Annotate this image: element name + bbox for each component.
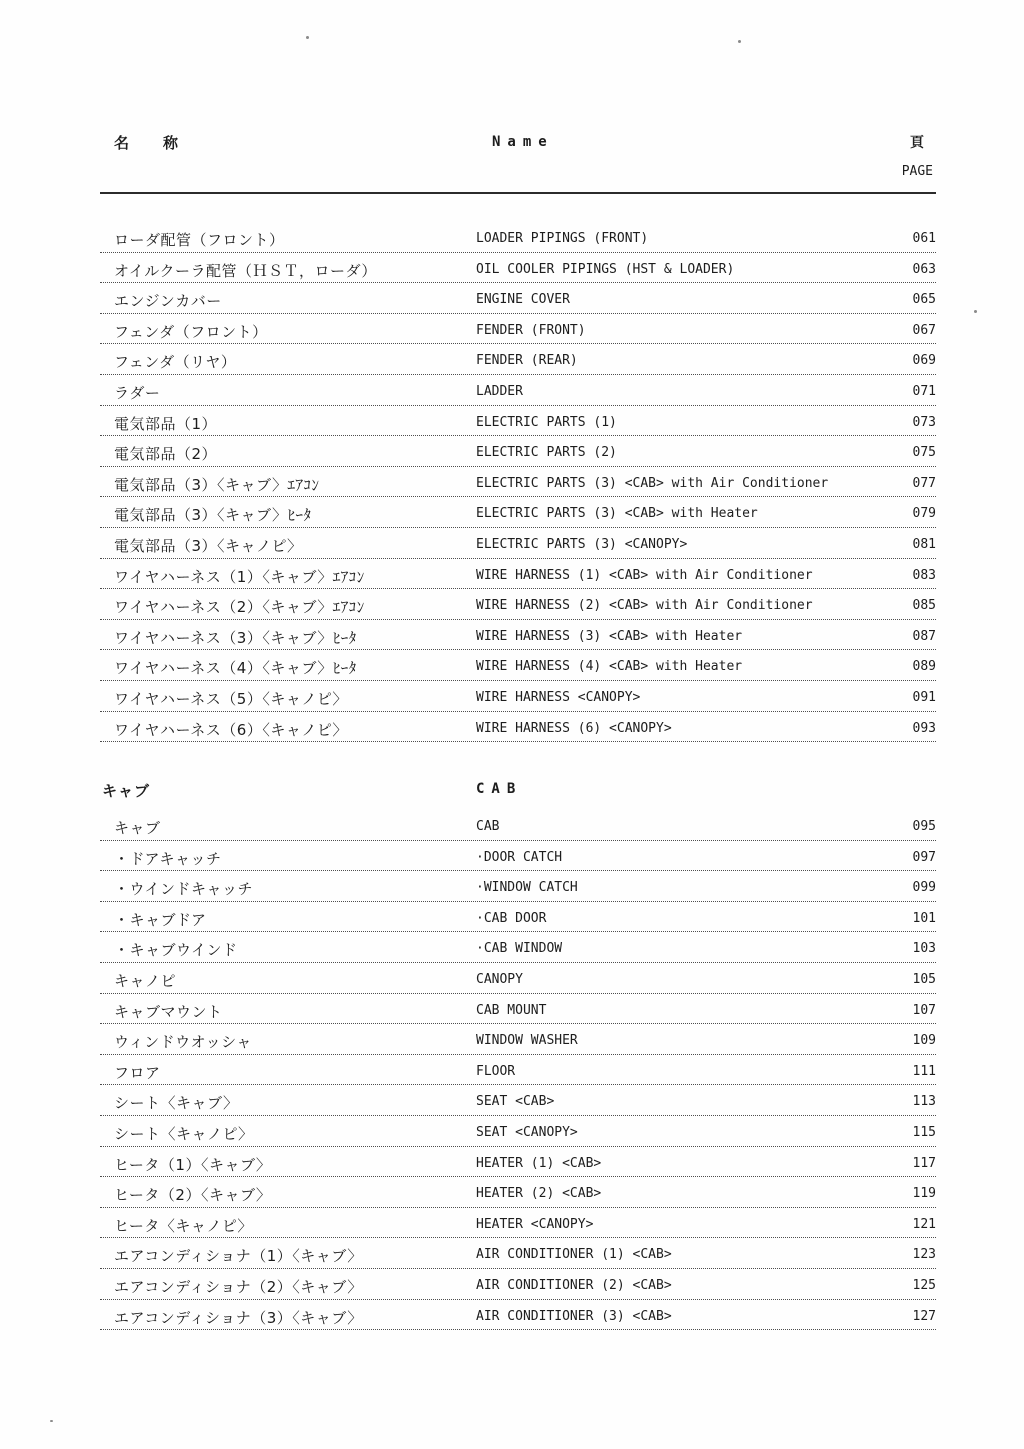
cell-name-jp: エアコンディショナ（3）〈キャブ〉 <box>100 1307 476 1328</box>
cell-name-en: ELECTRIC PARTS (1) <box>476 413 880 430</box>
cell-name-en: WIRE HARNESS (2) <CAB> with Air Conditio… <box>476 596 880 613</box>
cell-name-jp: エンジンカバー <box>100 290 476 311</box>
cell-page-number: 099 <box>880 878 936 895</box>
scan-artifact <box>50 1420 53 1422</box>
cell-name-jp: フェンダ（フロント） <box>100 321 476 342</box>
cell-page-number: 081 <box>880 535 936 552</box>
toc-row: ワイヤハーネス（1）〈キャブ〉ｴｱｺﾝWIRE HARNESS (1) <CAB… <box>100 559 936 590</box>
cell-name-jp: 電気部品（3）〈キャノピ〉 <box>100 535 476 556</box>
cell-page-number: 117 <box>880 1154 936 1171</box>
cell-page-number: 073 <box>880 413 936 430</box>
cell-name-jp: ワイヤハーネス（6）〈キャノピ〉 <box>100 719 476 740</box>
cell-name-en: AIR CONDITIONER (2) <CAB> <box>476 1276 880 1293</box>
toc-row: エアコンディショナ（2）〈キャブ〉AIR CONDITIONER (2) <CA… <box>100 1269 936 1300</box>
cell-name-jp: ヒータ〈キャノピ〉 <box>100 1215 476 1236</box>
cell-name-jp: シート〈キャノピ〉 <box>100 1123 476 1144</box>
cell-page-number: 095 <box>880 817 936 834</box>
column-header-page-en: PAGE <box>902 164 933 179</box>
cell-page-number: 109 <box>880 1031 936 1048</box>
cell-page-number: 065 <box>880 290 936 307</box>
toc-table: ローダ配管（フロント）LOADER PIPINGS (FRONT)061オイルク… <box>100 222 936 1330</box>
toc-row: ・ウインドキャッチ·WINDOW CATCH099 <box>100 871 936 902</box>
cell-name-en: ELECTRIC PARTS (3) <CAB> with Air Condit… <box>476 474 880 491</box>
toc-row: 電気部品（1）ELECTRIC PARTS (1)073 <box>100 406 936 437</box>
toc-row: ワイヤハーネス（4）〈キャブ〉ﾋｰﾀWIRE HARNESS (4) <CAB>… <box>100 650 936 681</box>
cell-name-en: LADDER <box>476 382 880 399</box>
toc-row: ウィンドウオッシャWINDOW WASHER109 <box>100 1024 936 1055</box>
cell-name-jp: 電気部品（2） <box>100 443 476 464</box>
cell-page-number: 089 <box>880 657 936 674</box>
toc-row: キャノピCANOPY105 <box>100 963 936 994</box>
cell-name-en: SEAT <CAB> <box>476 1092 880 1109</box>
toc-row: ワイヤハーネス（3）〈キャブ〉ﾋｰﾀWIRE HARNESS (3) <CAB>… <box>100 620 936 651</box>
cell-page-number: 111 <box>880 1062 936 1079</box>
cell-page-number: 083 <box>880 566 936 583</box>
cell-page-number: 061 <box>880 229 936 246</box>
cell-name-jp: キャブマウント <box>100 1001 476 1022</box>
cell-page-number: 097 <box>880 848 936 865</box>
cell-name-en: WIRE HARNESS <CANOPY> <box>476 688 880 705</box>
toc-row: シート〈キャブ〉SEAT <CAB>113 <box>100 1085 936 1116</box>
cell-page-number: 113 <box>880 1092 936 1109</box>
toc-row: 電気部品（3）〈キャブ〉ｴｱｺﾝELECTRIC PARTS (3) <CAB>… <box>100 467 936 498</box>
cell-name-jp: ワイヤハーネス（3）〈キャブ〉ﾋｰﾀ <box>100 627 476 648</box>
cell-name-jp: ・キャブウインド <box>100 939 476 960</box>
toc-row: フロアFLOOR111 <box>100 1055 936 1086</box>
section-title-jp: キャブ <box>100 780 476 801</box>
cell-name-jp: ・ドアキャッチ <box>100 848 476 869</box>
cell-name-jp: エアコンディショナ（1）〈キャブ〉 <box>100 1245 476 1266</box>
cell-name-en: AIR CONDITIONER (1) <CAB> <box>476 1245 880 1262</box>
cell-page-number: 067 <box>880 321 936 338</box>
cell-name-en: HEATER (1) <CAB> <box>476 1154 880 1171</box>
cell-name-en: ELECTRIC PARTS (3) <CANOPY> <box>476 535 880 552</box>
toc-row: ・キャブウインド·CAB WINDOW103 <box>100 932 936 963</box>
cell-page-number: 075 <box>880 443 936 460</box>
column-header-page-jp: 頁 <box>910 132 924 152</box>
toc-row: ラダーLADDER071 <box>100 375 936 406</box>
column-header-name-en: Name <box>492 134 554 150</box>
scan-artifact <box>306 36 309 39</box>
cell-name-jp: ワイヤハーネス（5）〈キャノピ〉 <box>100 688 476 709</box>
cell-name-en: OIL COOLER PIPINGS (HST & LOADER) <box>476 260 880 277</box>
cell-page-number: 093 <box>880 719 936 736</box>
cell-page-number: 125 <box>880 1276 936 1293</box>
cell-name-jp: ワイヤハーネス（1）〈キャブ〉ｴｱｺﾝ <box>100 566 476 587</box>
cell-name-en: WIRE HARNESS (4) <CAB> with Heater <box>476 657 880 674</box>
cell-page-number: 101 <box>880 909 936 926</box>
cell-page-number: 085 <box>880 596 936 613</box>
cell-name-en: WIRE HARNESS (6) <CANOPY> <box>476 719 880 736</box>
cell-name-jp: ヒータ（2）〈キャブ〉 <box>100 1184 476 1205</box>
cell-name-en: ·CAB DOOR <box>476 909 880 926</box>
cell-name-en: ELECTRIC PARTS (2) <box>476 443 880 460</box>
toc-row: ヒータ（1）〈キャブ〉HEATER (1) <CAB>117 <box>100 1147 936 1178</box>
toc-row: オイルクーラ配管（ＨＳＴ，ローダ）OIL COOLER PIPINGS (HST… <box>100 253 936 284</box>
cell-name-en: CAB MOUNT <box>476 1001 880 1018</box>
toc-row: 電気部品（3）〈キャブ〉ﾋｰﾀELECTRIC PARTS (3) <CAB> … <box>100 497 936 528</box>
toc-row: ワイヤハーネス（2）〈キャブ〉ｴｱｺﾝWIRE HARNESS (2) <CAB… <box>100 589 936 620</box>
toc-row: ・キャブドア·CAB DOOR101 <box>100 902 936 933</box>
cell-page-number: 071 <box>880 382 936 399</box>
cell-page-number: 121 <box>880 1215 936 1232</box>
cell-page-number: 069 <box>880 351 936 368</box>
cell-page-number: 105 <box>880 970 936 987</box>
cell-page-number: 091 <box>880 688 936 705</box>
cell-name-en: FLOOR <box>476 1062 880 1079</box>
cell-name-jp: 電気部品（3）〈キャブ〉ｴｱｺﾝ <box>100 474 476 495</box>
cell-name-jp: ・ウインドキャッチ <box>100 878 476 899</box>
cell-page-number: 077 <box>880 474 936 491</box>
toc-row: ヒータ〈キャノピ〉HEATER <CANOPY>121 <box>100 1208 936 1239</box>
toc-row: エンジンカバーENGINE COVER065 <box>100 283 936 314</box>
cell-name-en: LOADER PIPINGS (FRONT) <box>476 229 880 246</box>
cell-name-en: HEATER <CANOPY> <box>476 1215 880 1232</box>
toc-row: ワイヤハーネス（5）〈キャノピ〉WIRE HARNESS <CANOPY>091 <box>100 681 936 712</box>
toc-section: ローダ配管（フロント）LOADER PIPINGS (FRONT)061オイルク… <box>100 222 936 742</box>
toc-column-header: 名称 Name 頁 PAGE <box>100 126 936 194</box>
toc-row: エアコンディショナ（1）〈キャブ〉AIR CONDITIONER (1) <CA… <box>100 1238 936 1269</box>
cell-name-jp: フロア <box>100 1062 476 1083</box>
cell-page-number: 115 <box>880 1123 936 1140</box>
cell-name-en: ENGINE COVER <box>476 290 880 307</box>
cell-name-jp: フェンダ（リヤ） <box>100 351 476 372</box>
cell-name-en: FENDER (FRONT) <box>476 321 880 338</box>
cell-name-jp: ラダー <box>100 382 476 403</box>
toc-row: キャブCAB095 <box>100 810 936 841</box>
cell-name-en: ·DOOR CATCH <box>476 848 880 865</box>
cell-name-jp: オイルクーラ配管（ＨＳＴ，ローダ） <box>100 260 476 281</box>
toc-sheet: 名称 Name 頁 PAGE ローダ配管（フロント）LOADER PIPINGS… <box>100 126 936 1330</box>
cell-name-en: ·WINDOW CATCH <box>476 878 880 895</box>
scan-artifact <box>974 310 977 313</box>
toc-row: エアコンディショナ（3）〈キャブ〉AIR CONDITIONER (3) <CA… <box>100 1300 936 1331</box>
cell-name-jp: キャブ <box>100 817 476 838</box>
cell-name-en: AIR CONDITIONER (3) <CAB> <box>476 1307 880 1324</box>
cell-page-number: 127 <box>880 1307 936 1324</box>
cell-name-jp: シート〈キャブ〉 <box>100 1092 476 1113</box>
section-header: キャブCAB <box>100 776 936 810</box>
scanned-document-page: 名称 Name 頁 PAGE ローダ配管（フロント）LOADER PIPINGS… <box>0 0 1024 1449</box>
cell-name-jp: ヒータ（1）〈キャブ〉 <box>100 1154 476 1175</box>
cell-name-en: WINDOW WASHER <box>476 1031 880 1048</box>
cell-name-jp: 電気部品（1） <box>100 413 476 434</box>
cell-name-en: SEAT <CANOPY> <box>476 1123 880 1140</box>
cell-page-number: 087 <box>880 627 936 644</box>
toc-section: キャブCABキャブCAB095・ドアキャッチ·DOOR CATCH097・ウイン… <box>100 776 936 1330</box>
toc-row: ヒータ（2）〈キャブ〉HEATER (2) <CAB>119 <box>100 1177 936 1208</box>
cell-page-number: 063 <box>880 260 936 277</box>
cell-page-number: 119 <box>880 1184 936 1201</box>
toc-row: シート〈キャノピ〉SEAT <CANOPY>115 <box>100 1116 936 1147</box>
toc-row: 電気部品（2）ELECTRIC PARTS (2)075 <box>100 436 936 467</box>
cell-name-en: ELECTRIC PARTS (3) <CAB> with Heater <box>476 504 880 521</box>
scan-artifact <box>738 40 741 43</box>
cell-page-number: 123 <box>880 1245 936 1262</box>
cell-name-en: ·CAB WINDOW <box>476 939 880 956</box>
section-title-en: CAB <box>476 780 936 797</box>
cell-page-number: 103 <box>880 939 936 956</box>
cell-name-en: CANOPY <box>476 970 880 987</box>
cell-page-number: 079 <box>880 504 936 521</box>
toc-row: フェンダ（リヤ）FENDER (REAR)069 <box>100 344 936 375</box>
cell-name-jp: ローダ配管（フロント） <box>100 229 476 250</box>
cell-name-en: WIRE HARNESS (1) <CAB> with Air Conditio… <box>476 566 880 583</box>
cell-name-en: WIRE HARNESS (3) <CAB> with Heater <box>476 627 880 644</box>
cell-name-jp: ワイヤハーネス（2）〈キャブ〉ｴｱｺﾝ <box>100 596 476 617</box>
toc-row: キャブマウントCAB MOUNT107 <box>100 994 936 1025</box>
toc-row: ・ドアキャッチ·DOOR CATCH097 <box>100 841 936 872</box>
cell-name-en: CAB <box>476 817 880 834</box>
toc-row: フェンダ（フロント）FENDER (FRONT)067 <box>100 314 936 345</box>
column-header-name-jp: 名称 <box>114 132 212 153</box>
toc-row: ワイヤハーネス（6）〈キャノピ〉WIRE HARNESS (6) <CANOPY… <box>100 712 936 743</box>
cell-name-en: FENDER (REAR) <box>476 351 880 368</box>
cell-name-jp: ウィンドウオッシャ <box>100 1031 476 1052</box>
cell-name-jp: ・キャブドア <box>100 909 476 930</box>
cell-name-jp: 電気部品（3）〈キャブ〉ﾋｰﾀ <box>100 504 476 525</box>
toc-row: ローダ配管（フロント）LOADER PIPINGS (FRONT)061 <box>100 222 936 253</box>
cell-name-en: HEATER (2) <CAB> <box>476 1184 880 1201</box>
cell-name-jp: キャノピ <box>100 970 476 991</box>
toc-row: 電気部品（3）〈キャノピ〉ELECTRIC PARTS (3) <CANOPY>… <box>100 528 936 559</box>
cell-page-number: 107 <box>880 1001 936 1018</box>
cell-name-jp: ワイヤハーネス（4）〈キャブ〉ﾋｰﾀ <box>100 657 476 678</box>
cell-name-jp: エアコンディショナ（2）〈キャブ〉 <box>100 1276 476 1297</box>
